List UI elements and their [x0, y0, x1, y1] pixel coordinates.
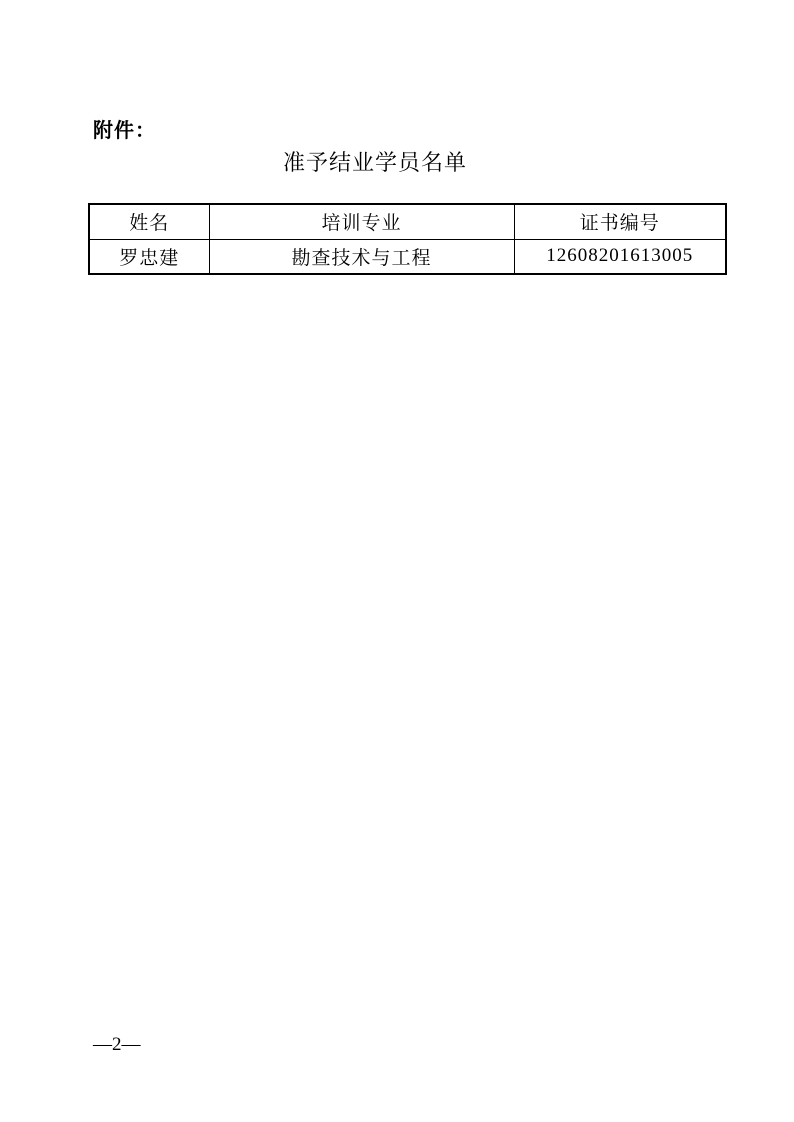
header-name: 姓名 — [89, 204, 209, 239]
table-row: 罗忠建 勘查技术与工程 12608201613005 — [89, 239, 726, 274]
page-number: —2— — [93, 1034, 141, 1056]
document-page: 附件： 准予结业学员名单 姓名 培训专业 证书编号 罗忠建 勘查技术与工程 12… — [0, 0, 794, 1122]
header-certificate-number: 证书编号 — [514, 204, 726, 239]
cell-name: 罗忠建 — [89, 239, 209, 274]
header-major: 培训专业 — [209, 204, 514, 239]
page-title: 准予结业学员名单 — [283, 150, 467, 176]
cell-major: 勘查技术与工程 — [209, 239, 514, 274]
table-header-row: 姓名 培训专业 证书编号 — [89, 204, 726, 239]
attachment-label: 附件： — [93, 119, 156, 143]
cell-certificate-number: 12608201613005 — [514, 239, 726, 274]
roster-table: 姓名 培训专业 证书编号 罗忠建 勘查技术与工程 12608201613005 — [88, 203, 727, 275]
